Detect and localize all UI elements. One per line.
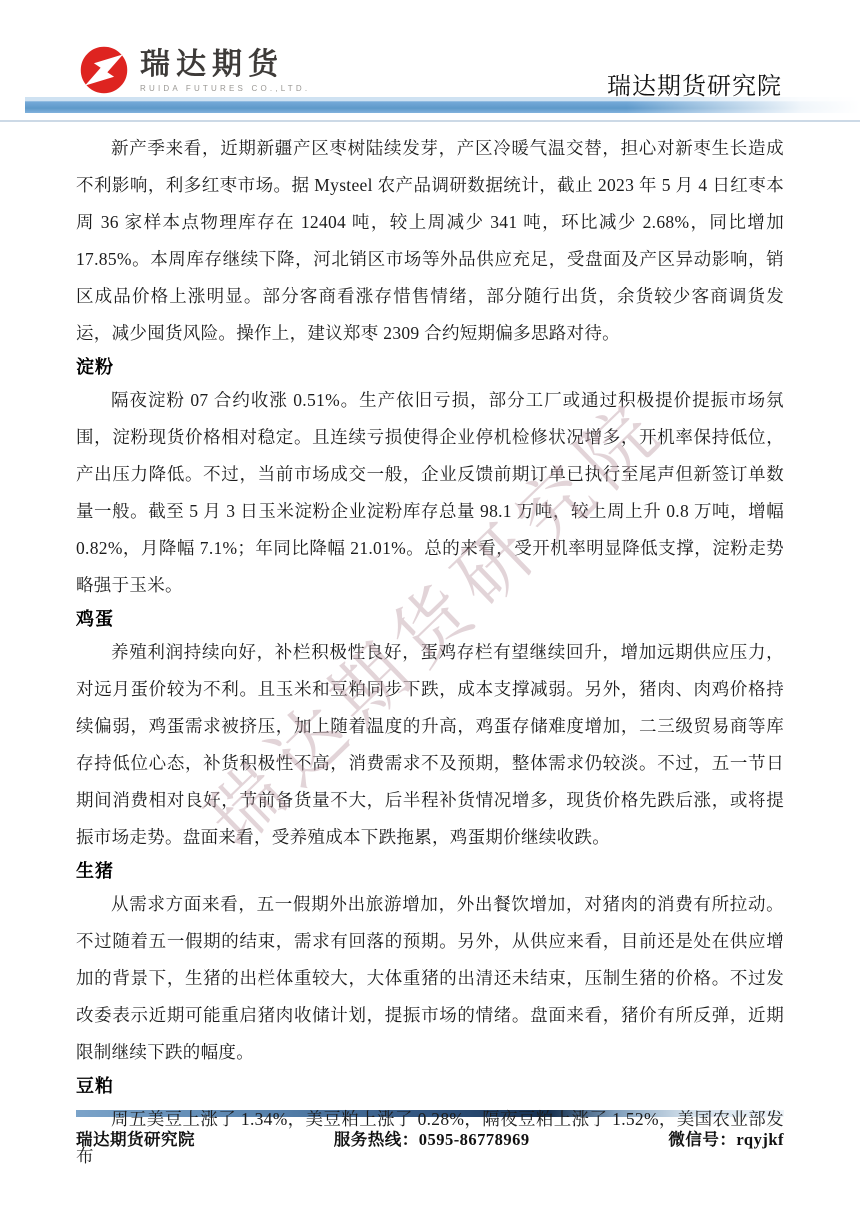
section-paragraph: 周五美豆上涨了 1.34%，美豆粕上涨了 0.28%，隔夜豆粕上涨了 1.52%… <box>76 1101 784 1175</box>
section-paragraph: 新产季来看，近期新疆产区枣树陆续发芽，产区冷暖气温交替，担心对新枣生长造成不利影… <box>76 130 784 352</box>
section-paragraph: 从需求方面来看，五一假期外出旅游增加，外出餐饮增加，对猪肉的消费有所拉动。不过随… <box>76 886 784 1071</box>
logo-brand-text: 瑞达期货 <box>140 48 310 82</box>
section-heading-starch: 淀粉 <box>76 356 784 378</box>
page-header: 瑞达期货 RUIDA FUTURES CO.,LTD. 瑞达期货研究院 <box>0 0 860 125</box>
logo-brand-subtext: RUIDA FUTURES CO.,LTD. <box>140 84 310 93</box>
section-heading-hogs: 生猪 <box>76 860 784 882</box>
section-hogs: 生猪 从需求方面来看，五一假期外出旅游增加，外出餐饮增加，对猪肉的消费有所拉动。… <box>76 860 784 1071</box>
header-underline <box>0 120 860 122</box>
section-heading-eggs: 鸡蛋 <box>76 608 784 630</box>
section-eggs: 鸡蛋 养殖利润持续向好，补栏积极性良好，蛋鸡存栏有望继续回升，增加远期供应压力，… <box>76 608 784 856</box>
section-paragraph: 养殖利润持续向好，补栏积极性良好，蛋鸡存栏有望继续回升，增加远期供应压力，对远月… <box>76 634 784 856</box>
section-starch: 淀粉 隔夜淀粉 07 合约收涨 0.51%。生产依旧亏损，部分工厂或通过积极提价… <box>76 356 784 604</box>
report-body: 新产季来看，近期新疆产区枣树陆续发芽，产区冷暖气温交替，担心对新枣生长造成不利影… <box>76 130 784 1175</box>
company-logo: 瑞达期货 RUIDA FUTURES CO.,LTD. <box>76 42 310 98</box>
header-institute-title: 瑞达期货研究院 <box>607 66 782 101</box>
header-divider-bar <box>25 97 860 113</box>
ruida-logo-icon <box>76 42 132 98</box>
section-heading-soybean-meal: 豆粕 <box>76 1075 784 1097</box>
section-paragraph: 隔夜淀粉 07 合约收涨 0.51%。生产依旧亏损，部分工厂或通过积极提价提振市… <box>76 382 784 604</box>
section-red-dates: 新产季来看，近期新疆产区枣树陆续发芽，产区冷暖气温交替，担心对新枣生长造成不利影… <box>76 130 784 352</box>
section-soybean-meal: 豆粕 周五美豆上涨了 1.34%，美豆粕上涨了 0.28%，隔夜豆粕上涨了 1.… <box>76 1075 784 1175</box>
